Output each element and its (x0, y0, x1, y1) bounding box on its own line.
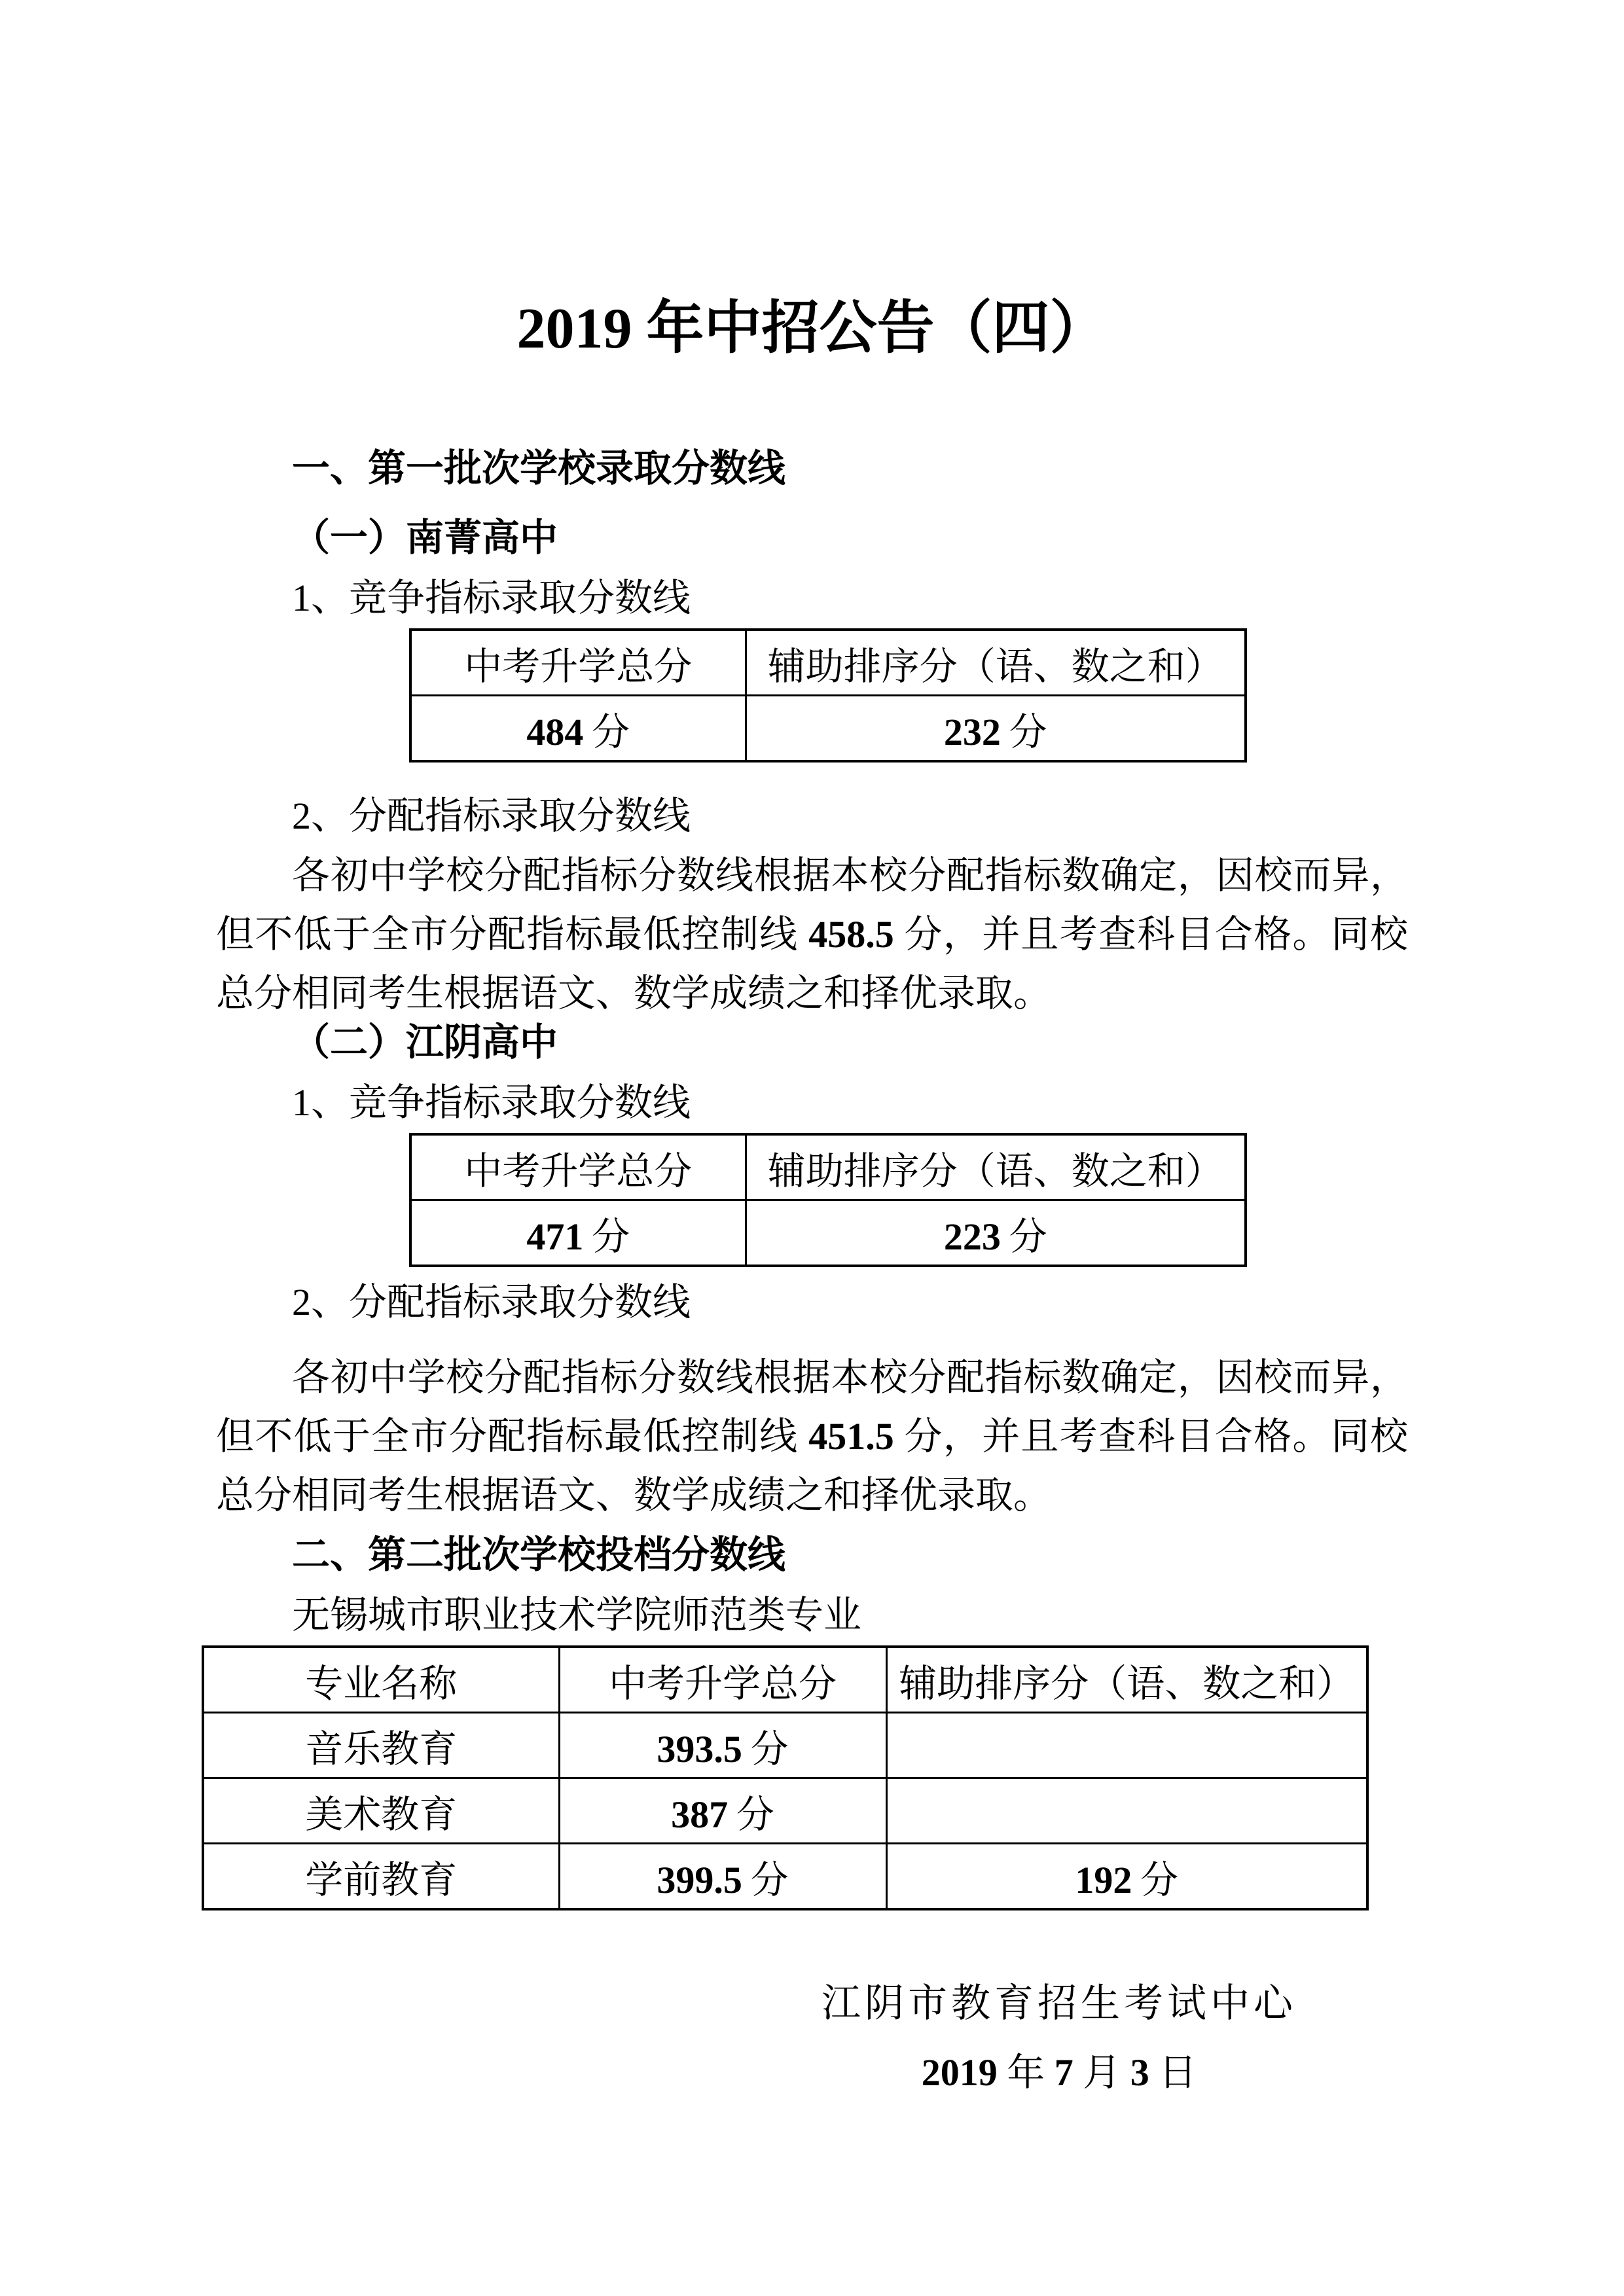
table-row-preschool: 学前教育 399.5分 192分 (203, 1844, 1367, 1910)
document-page: 2019 年中招公告（四） 一、第一批次学校录取分数线 （一）南菁高中 1、竞争… (0, 0, 1624, 2296)
date-month-label: 月 (1074, 2051, 1130, 2094)
header-cell-aux-score: 辅助排序分（语、数之和） (886, 1647, 1367, 1713)
table-data-row: 484分 232分 (410, 696, 1246, 762)
header-cell-total-score: 中考升学总分 (410, 1134, 746, 1200)
header-cell-aux-score: 辅助排序分（语、数之和） (746, 1134, 1246, 1200)
school2-allocation-paragraph: 各初中学校分配指标分数线根据本校分配指标数确定，因校而异，但不低于全市分配指标最… (216, 1348, 1408, 1525)
table-row-art: 美术教育 387分 (203, 1778, 1367, 1844)
total-score-unit: 分 (592, 1215, 630, 1258)
section1-heading: 一、第一批次学校录取分数线 (216, 439, 1408, 499)
score-unit: 分 (751, 1859, 789, 1901)
date-year-label: 年 (998, 2051, 1055, 2094)
cell-total-score: 399.5分 (559, 1844, 886, 1910)
control-line-score: 458.5 (808, 913, 894, 956)
school1-score-table: 中考升学总分 辅助排序分（语、数之和） 484分 232分 (409, 628, 1247, 762)
table-row-music: 音乐教育 393.5分 (203, 1713, 1367, 1778)
date-year: 2019 (922, 2051, 998, 2094)
cell-total-score: 393.5分 (559, 1713, 886, 1778)
table-header-row: 专业名称 中考升学总分 辅助排序分（语、数之和） (203, 1647, 1367, 1713)
school2-allocation-heading: 2、分配指标录取分数线 (216, 1272, 1408, 1333)
table-data-row: 471分 223分 (410, 1200, 1246, 1266)
cell-aux-score: 223分 (746, 1200, 1246, 1266)
total-score-value: 471 (526, 1215, 583, 1258)
aux-score-value: 232 (944, 711, 1001, 753)
date-month: 7 (1055, 2051, 1074, 2094)
cell-aux-score (886, 1713, 1367, 1778)
school2-competitive-heading: 1、竞争指标录取分数线 (216, 1073, 1408, 1133)
score-unit: 分 (736, 1793, 774, 1836)
school2-score-table: 中考升学总分 辅助排序分（语、数之和） 471分 223分 (409, 1133, 1247, 1267)
majors-score-table: 专业名称 中考升学总分 辅助排序分（语、数之和） 音乐教育 393.5分 美术教… (202, 1645, 1369, 1910)
cell-aux-score: 192分 (886, 1844, 1367, 1910)
cell-total-score: 484分 (410, 696, 746, 762)
school1-name: （一）南菁高中 (216, 508, 1408, 568)
school1-allocation-heading: 2、分配指标录取分数线 (216, 786, 1408, 846)
table-header-row: 中考升学总分 辅助排序分（语、数之和） (410, 1134, 1246, 1200)
aux-score-unit: 分 (1009, 1215, 1047, 1258)
section2-heading: 二、第二批次学校投档分数线 (216, 1525, 1408, 1585)
school1-allocation-paragraph: 各初中学校分配指标分数线根据本校分配指标数确定，因校而异，但不低于全市分配指标最… (216, 846, 1408, 1023)
aux-value: 192 (1075, 1859, 1132, 1901)
cell-aux-score: 232分 (746, 696, 1246, 762)
cell-total-score: 387分 (559, 1778, 886, 1844)
total-score-value: 484 (526, 711, 583, 753)
signature-block: 江阴市教育招生考试中心 2019 年 7 月 3 日 (821, 1973, 1297, 2103)
aux-score-value: 223 (944, 1215, 1001, 1258)
table-header-row: 中考升学总分 辅助排序分（语、数之和） (410, 630, 1246, 696)
cell-total-score: 471分 (410, 1200, 746, 1266)
total-score-unit: 分 (592, 711, 630, 753)
header-cell-aux-score: 辅助排序分（语、数之和） (746, 630, 1246, 696)
control-line-score: 451.5 (808, 1415, 894, 1458)
date-day: 3 (1130, 2051, 1149, 2094)
score-value: 393.5 (657, 1728, 742, 1770)
cell-major-name: 音乐教育 (203, 1713, 559, 1778)
score-value: 399.5 (657, 1859, 742, 1901)
aux-unit: 分 (1140, 1859, 1178, 1901)
score-unit: 分 (751, 1728, 789, 1770)
signature-date: 2019 年 7 月 3 日 (821, 2043, 1297, 2103)
document-title: 2019 年中招公告（四） (216, 0, 1408, 365)
date-day-label: 日 (1149, 2051, 1197, 2094)
header-cell-major-name: 专业名称 (203, 1647, 559, 1713)
aux-score-unit: 分 (1009, 711, 1047, 753)
cell-major-name: 美术教育 (203, 1778, 559, 1844)
section2-subtitle: 无锡城市职业技术学院师范类专业 (216, 1585, 1408, 1645)
header-cell-total-score: 中考升学总分 (559, 1647, 886, 1713)
signature-organization: 江阴市教育招生考试中心 (821, 1973, 1297, 2034)
header-cell-total-score: 中考升学总分 (410, 630, 746, 696)
score-value: 387 (671, 1793, 728, 1836)
school1-competitive-heading: 1、竞争指标录取分数线 (216, 568, 1408, 628)
cell-major-name: 学前教育 (203, 1844, 559, 1910)
cell-aux-score (886, 1778, 1367, 1844)
